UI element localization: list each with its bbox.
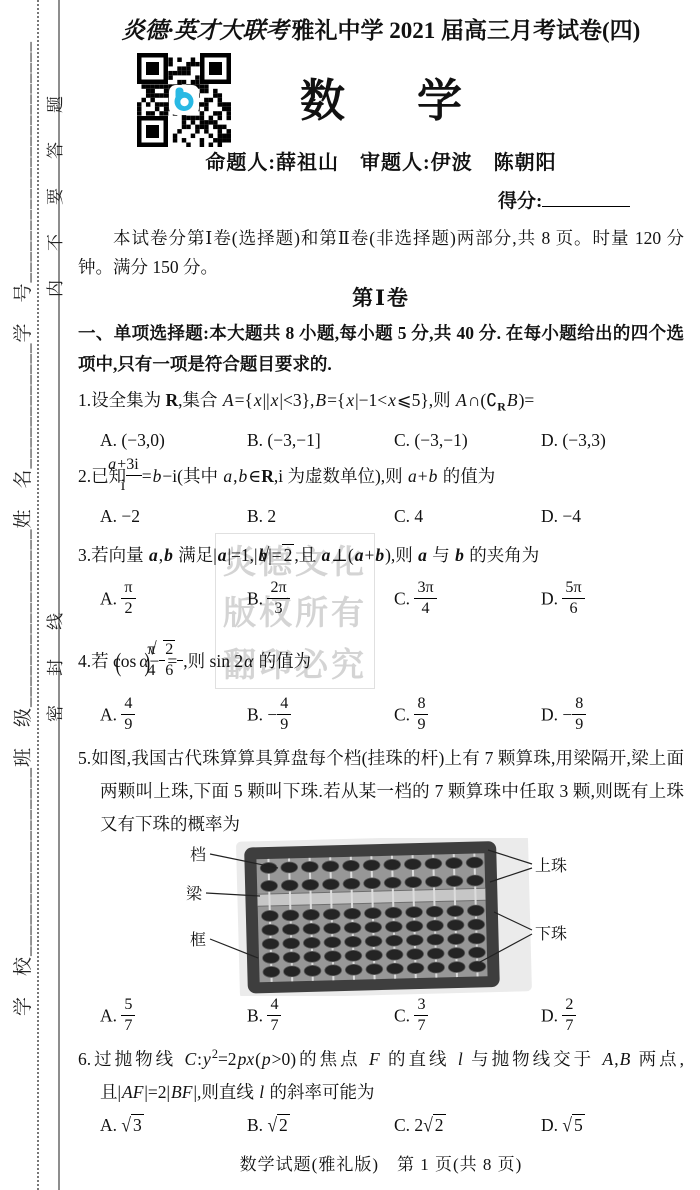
- seal-text-part2: 内 不 要 答 题: [46, 90, 65, 297]
- student-info-fields: 学 校__________________班 级________________…: [8, 8, 32, 1016]
- question-6-options: A. √3 B. √2 C. 2√2 D. √5: [78, 1115, 684, 1136]
- paper-title-rest: 雅礼中学 2021 届高三月考试卷(四): [291, 18, 640, 43]
- option-c: C. 37: [394, 998, 541, 1037]
- option-c: C. 89: [394, 697, 541, 736]
- option-a: A. (−3,0): [100, 430, 247, 451]
- question-1: 1.设全集为 R,集合 A={x||x|<3},B={x|−1<x⩽5},则 A…: [78, 388, 684, 451]
- abacus-photo: [236, 838, 532, 996]
- option-a: A. 57: [100, 998, 247, 1037]
- exam-instructions: 本试卷分第Ⅰ卷(选择题)和第Ⅱ卷(非选择题)两部分,共 8 页。时量 120 分…: [78, 224, 684, 282]
- section1-heading: 一、单项选择题:本大题共 8 小题,每小题 5 分,共 40 分. 在每小题给出…: [78, 318, 684, 380]
- paper-title-series: 炎德·英才大联考: [122, 18, 289, 43]
- score-blank-line: [542, 190, 630, 207]
- option-d: D. −89: [541, 697, 688, 736]
- page-footer: 数学试题(雅礼版) 第 1 页(共 8 页): [78, 1150, 684, 1175]
- option-d: D. √5: [541, 1115, 688, 1136]
- question-6-stem: 6.过抛物线 C:y2=2px(p>0)的焦点 F 的直线 l 与抛物线交于 A…: [78, 1038, 684, 1109]
- question-4-stem: 4.若 cos(α−π4)=√26,则 sin 2α 的值为: [78, 634, 684, 689]
- option-a: A. π2: [100, 581, 247, 620]
- question-4: 4.若 cos(α−π4)=√26,则 sin 2α 的值为 A. 49 B. …: [78, 634, 684, 736]
- question-5: 5.如图,我国古代珠算算具算盘每个档(挂珠的杆)上有 7 颗算珠,用梁隔开,梁上…: [78, 742, 684, 841]
- option-b: B. 47: [247, 998, 394, 1037]
- question-3: 3.若向量 a,b 满足|a|=1,|b|=√2,且 a⊥(a+b),则 a 与…: [78, 538, 684, 620]
- option-a: A. 49: [100, 697, 247, 736]
- option-b: B. −49: [247, 697, 394, 736]
- option-c: C. (−3,−1): [394, 430, 541, 451]
- option-d: D. 5π6: [541, 581, 688, 620]
- option-b: B. 2: [247, 506, 394, 527]
- abacus-figure: 档 梁 框 上珠 下珠: [182, 838, 610, 996]
- subject-char: 学: [417, 64, 462, 129]
- paper-title: 炎德·英才大联考雅礼中学 2021 届高三月考试卷(四): [78, 12, 684, 45]
- question-2-stem: 2.已知a+3ii=b−i(其中 a,b∈R,i 为虚数单位),则 a+b 的值…: [78, 452, 684, 500]
- question-6: 6.过抛物线 C:y2=2px(p>0)的焦点 F 的直线 l 与抛物线交于 A…: [78, 1038, 684, 1136]
- question-3-stem: 3.若向量 a,b 满足|a|=1,|b|=√2,且 a⊥(a+b),则 a 与…: [78, 538, 684, 572]
- question-2: 2.已知a+3ii=b−i(其中 a,b∈R,i 为虚数单位),则 a+b 的值…: [78, 452, 684, 527]
- question-5-options: A. 57 B. 47 C. 37 D. 27: [78, 998, 700, 1037]
- question-5-stem: 5.如图,我国古代珠算算具算盘每个档(挂珠的杆)上有 7 颗算珠,用梁隔开,梁上…: [78, 742, 684, 841]
- option-b: B. (−3,−1]: [247, 430, 394, 451]
- subject-char: 数: [300, 64, 345, 129]
- seal-text: 密 封 线内 不 要 答 题: [41, 62, 61, 722]
- setters-line: 命题人:薛祖山 审题人:伊波 陈朝阳: [78, 146, 684, 175]
- option-a: A. √3: [100, 1115, 247, 1136]
- seal-text-part1: 密 封 线: [46, 607, 65, 722]
- part1-heading: 第Ⅰ卷: [78, 282, 684, 312]
- question-2-options: A. −2 B. 2 C. 4 D. −4: [78, 506, 684, 527]
- score-field: 得分:: [498, 186, 700, 213]
- question-4-options: A. 49 B. −49 C. 89 D. −89: [78, 697, 684, 736]
- subject-title: 数 学: [78, 64, 684, 129]
- figure-label-liang: 梁: [186, 884, 203, 903]
- figure-label-shangzhu: 上珠: [535, 857, 567, 875]
- option-a: A. −2: [100, 506, 247, 527]
- option-d: D. −4: [541, 506, 688, 527]
- option-b: B. √2: [247, 1115, 394, 1136]
- abacus-graphic: 档 梁 框 上珠 下珠: [182, 838, 610, 996]
- option-c: C. 4: [394, 506, 541, 527]
- main-content: 炎德·英才大联考雅礼中学 2021 届高三月考试卷(四) 数 学 命题人:薛祖山…: [78, 0, 684, 1190]
- exam-paper-page: { "page": { "background": "#ffffff", "wa…: [0, 0, 700, 1190]
- figure-label-kuang: 框: [190, 931, 206, 949]
- figure-label-xiazhu: 下珠: [535, 925, 567, 943]
- figure-label-dang: 档: [190, 846, 206, 864]
- option-d: D. (−3,3): [541, 430, 688, 451]
- question-1-stem: 1.设全集为 R,集合 A={x||x|<3},B={x|−1<x⩽5},则 A…: [78, 388, 684, 419]
- option-d: D. 27: [541, 998, 688, 1037]
- question-1-options: A. (−3,0) B. (−3,−1] C. (−3,−1) D. (−3,3…: [78, 430, 684, 451]
- score-label: 得分:: [498, 191, 542, 212]
- option-c: C. 3π4: [394, 581, 541, 620]
- option-c: C. 2√2: [394, 1115, 541, 1136]
- option-b: B. 2π3: [247, 581, 394, 620]
- seal-dotted-line: [37, 0, 39, 1190]
- question-3-options: A. π2 B. 2π3 C. 3π4 D. 5π6: [78, 581, 684, 620]
